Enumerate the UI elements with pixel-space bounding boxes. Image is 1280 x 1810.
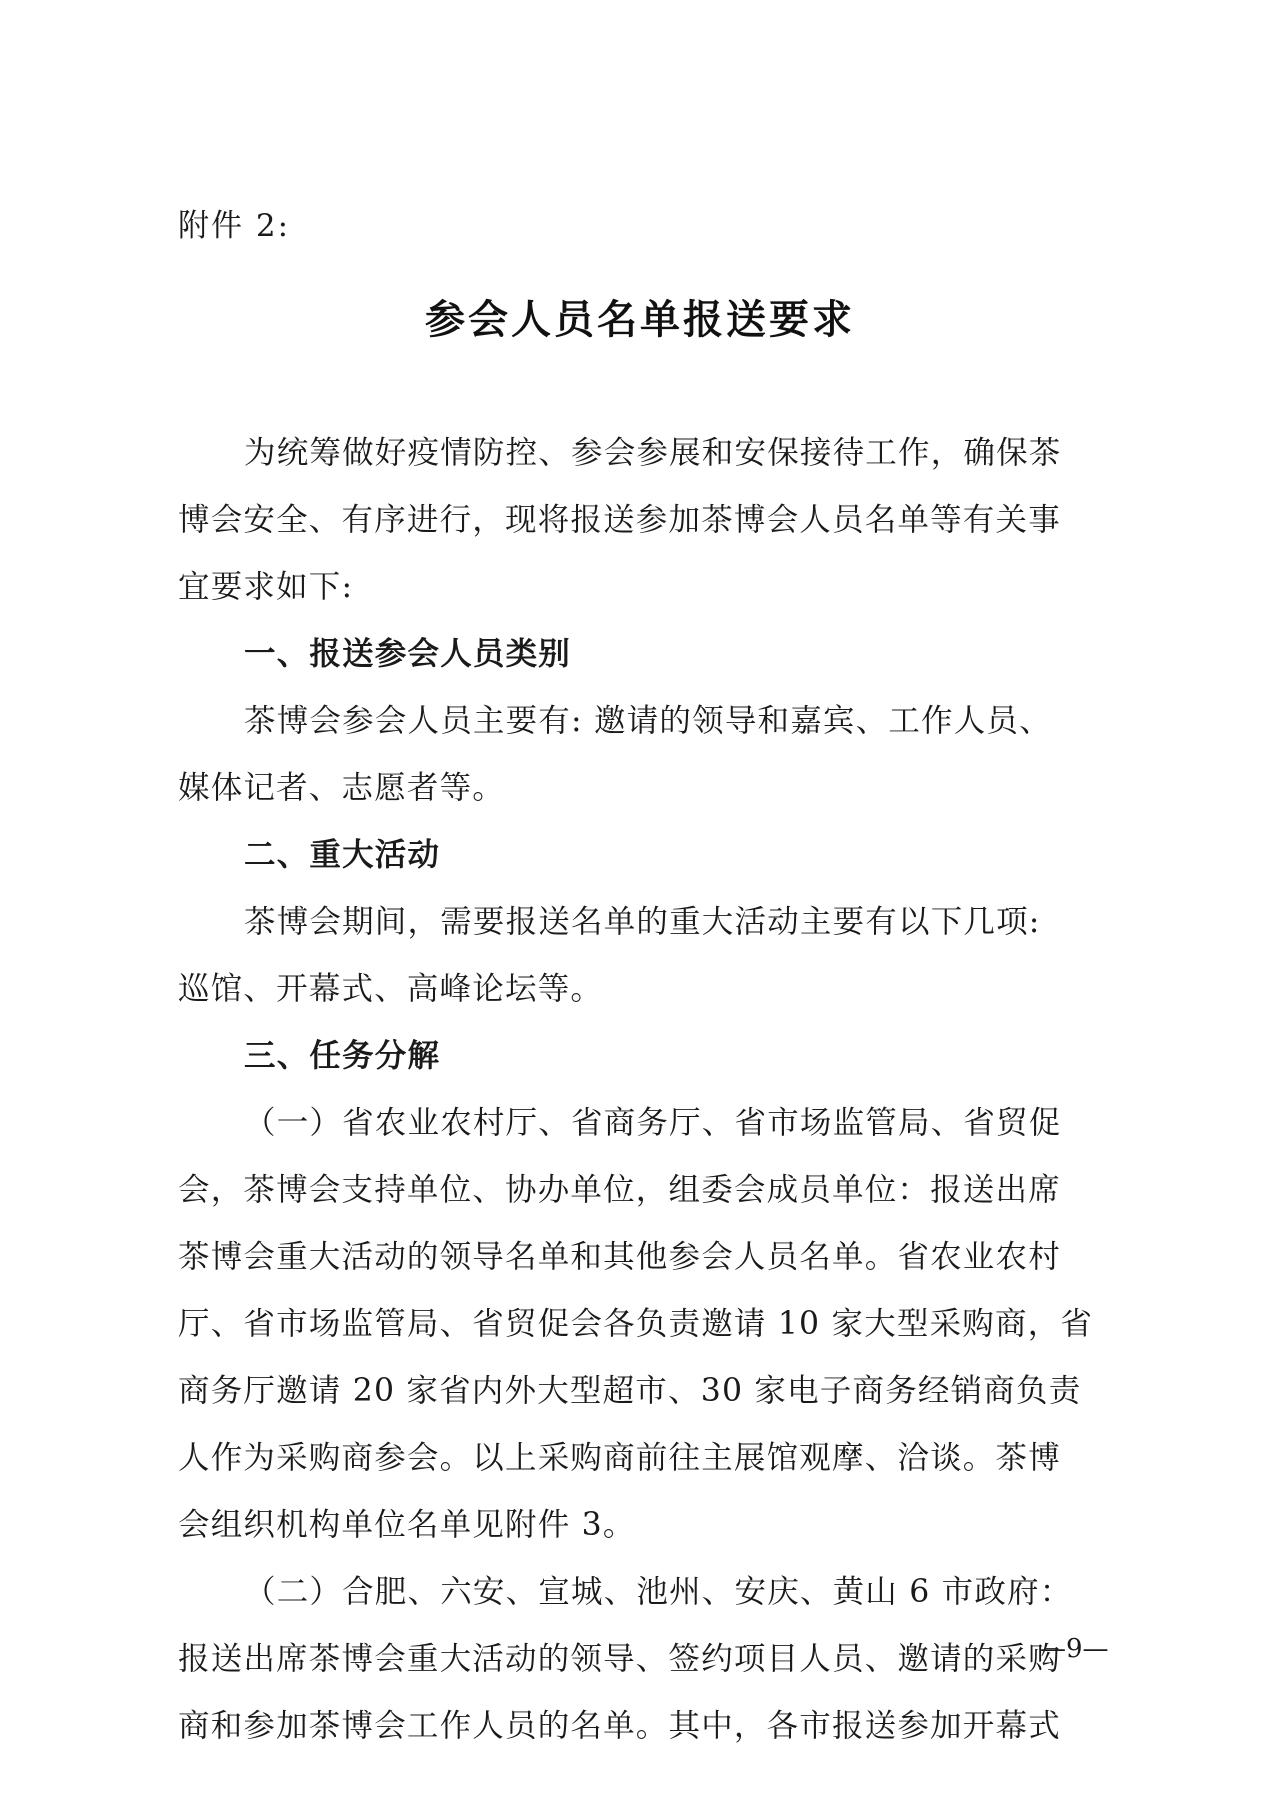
document-page: 附件 2: 参会人员名单报送要求 为统筹做好疫情防控、参会参展和安保接待工作，确…	[0, 0, 1280, 1810]
paragraph-line: 商务厅邀请 20 家省内外大型超市、30 家电子商务经销商负责	[178, 1366, 1106, 1433]
paragraph-line: 厅、省市场监管局、省贸促会各负责邀请 10 家大型采购商，省	[178, 1299, 1106, 1366]
paragraph-line: 商和参加茶博会工作人员的名单。其中，各市报送参加开幕式	[178, 1701, 1106, 1768]
paragraph-line: 茶博会参会人员主要有: 邀请的领导和嘉宾、工作人员、	[178, 696, 1106, 763]
paragraph-line: （二）合肥、六安、宣城、池州、安庆、黄山 6 市政府：	[178, 1567, 1106, 1634]
paragraph-line: （一）省农业农村厅、省商务厅、省市场监管局、省贸促	[178, 1098, 1106, 1165]
document-body: 为统筹做好疫情防控、参会参展和安保接待工作，确保茶博会安全、有序进行，现将报送参…	[178, 428, 1106, 1768]
paragraph-line: 媒体记者、志愿者等。	[178, 763, 1106, 830]
section-heading: 三、任务分解	[178, 1031, 1106, 1098]
paragraph-line: 人作为采购商参会。以上采购商前往主展馆观摩、洽谈。茶博	[178, 1433, 1106, 1500]
paragraph-line: 会组织机构单位名单见附件 3。	[178, 1500, 1106, 1567]
paragraph-line: 为统筹做好疫情防控、参会参展和安保接待工作，确保茶	[178, 428, 1106, 495]
paragraph-line: 宜要求如下:	[178, 562, 1106, 629]
section-heading: 一、报送参会人员类别	[178, 629, 1106, 696]
paragraph-line: 博会安全、有序进行，现将报送参加茶博会人员名单等有关事	[178, 495, 1106, 562]
paragraph-line: 会，茶博会支持单位、协办单位，组委会成员单位：报送出席	[178, 1165, 1106, 1232]
page-number: —9—	[1040, 1634, 1109, 1664]
paragraph-line: 报送出席茶博会重大活动的领导、签约项目人员、邀请的采购	[178, 1634, 1106, 1701]
paragraph-line: 茶博会期间，需要报送名单的重大活动主要有以下几项:	[178, 897, 1106, 964]
section-heading: 二、重大活动	[178, 830, 1106, 897]
document-title: 参会人员名单报送要求	[0, 288, 1280, 345]
paragraph-line: 茶博会重大活动的领导名单和其他参会人员名单。省农业农村	[178, 1232, 1106, 1299]
paragraph-line: 巡馆、开幕式、高峰论坛等。	[178, 964, 1106, 1031]
attachment-label: 附件 2:	[178, 200, 290, 245]
